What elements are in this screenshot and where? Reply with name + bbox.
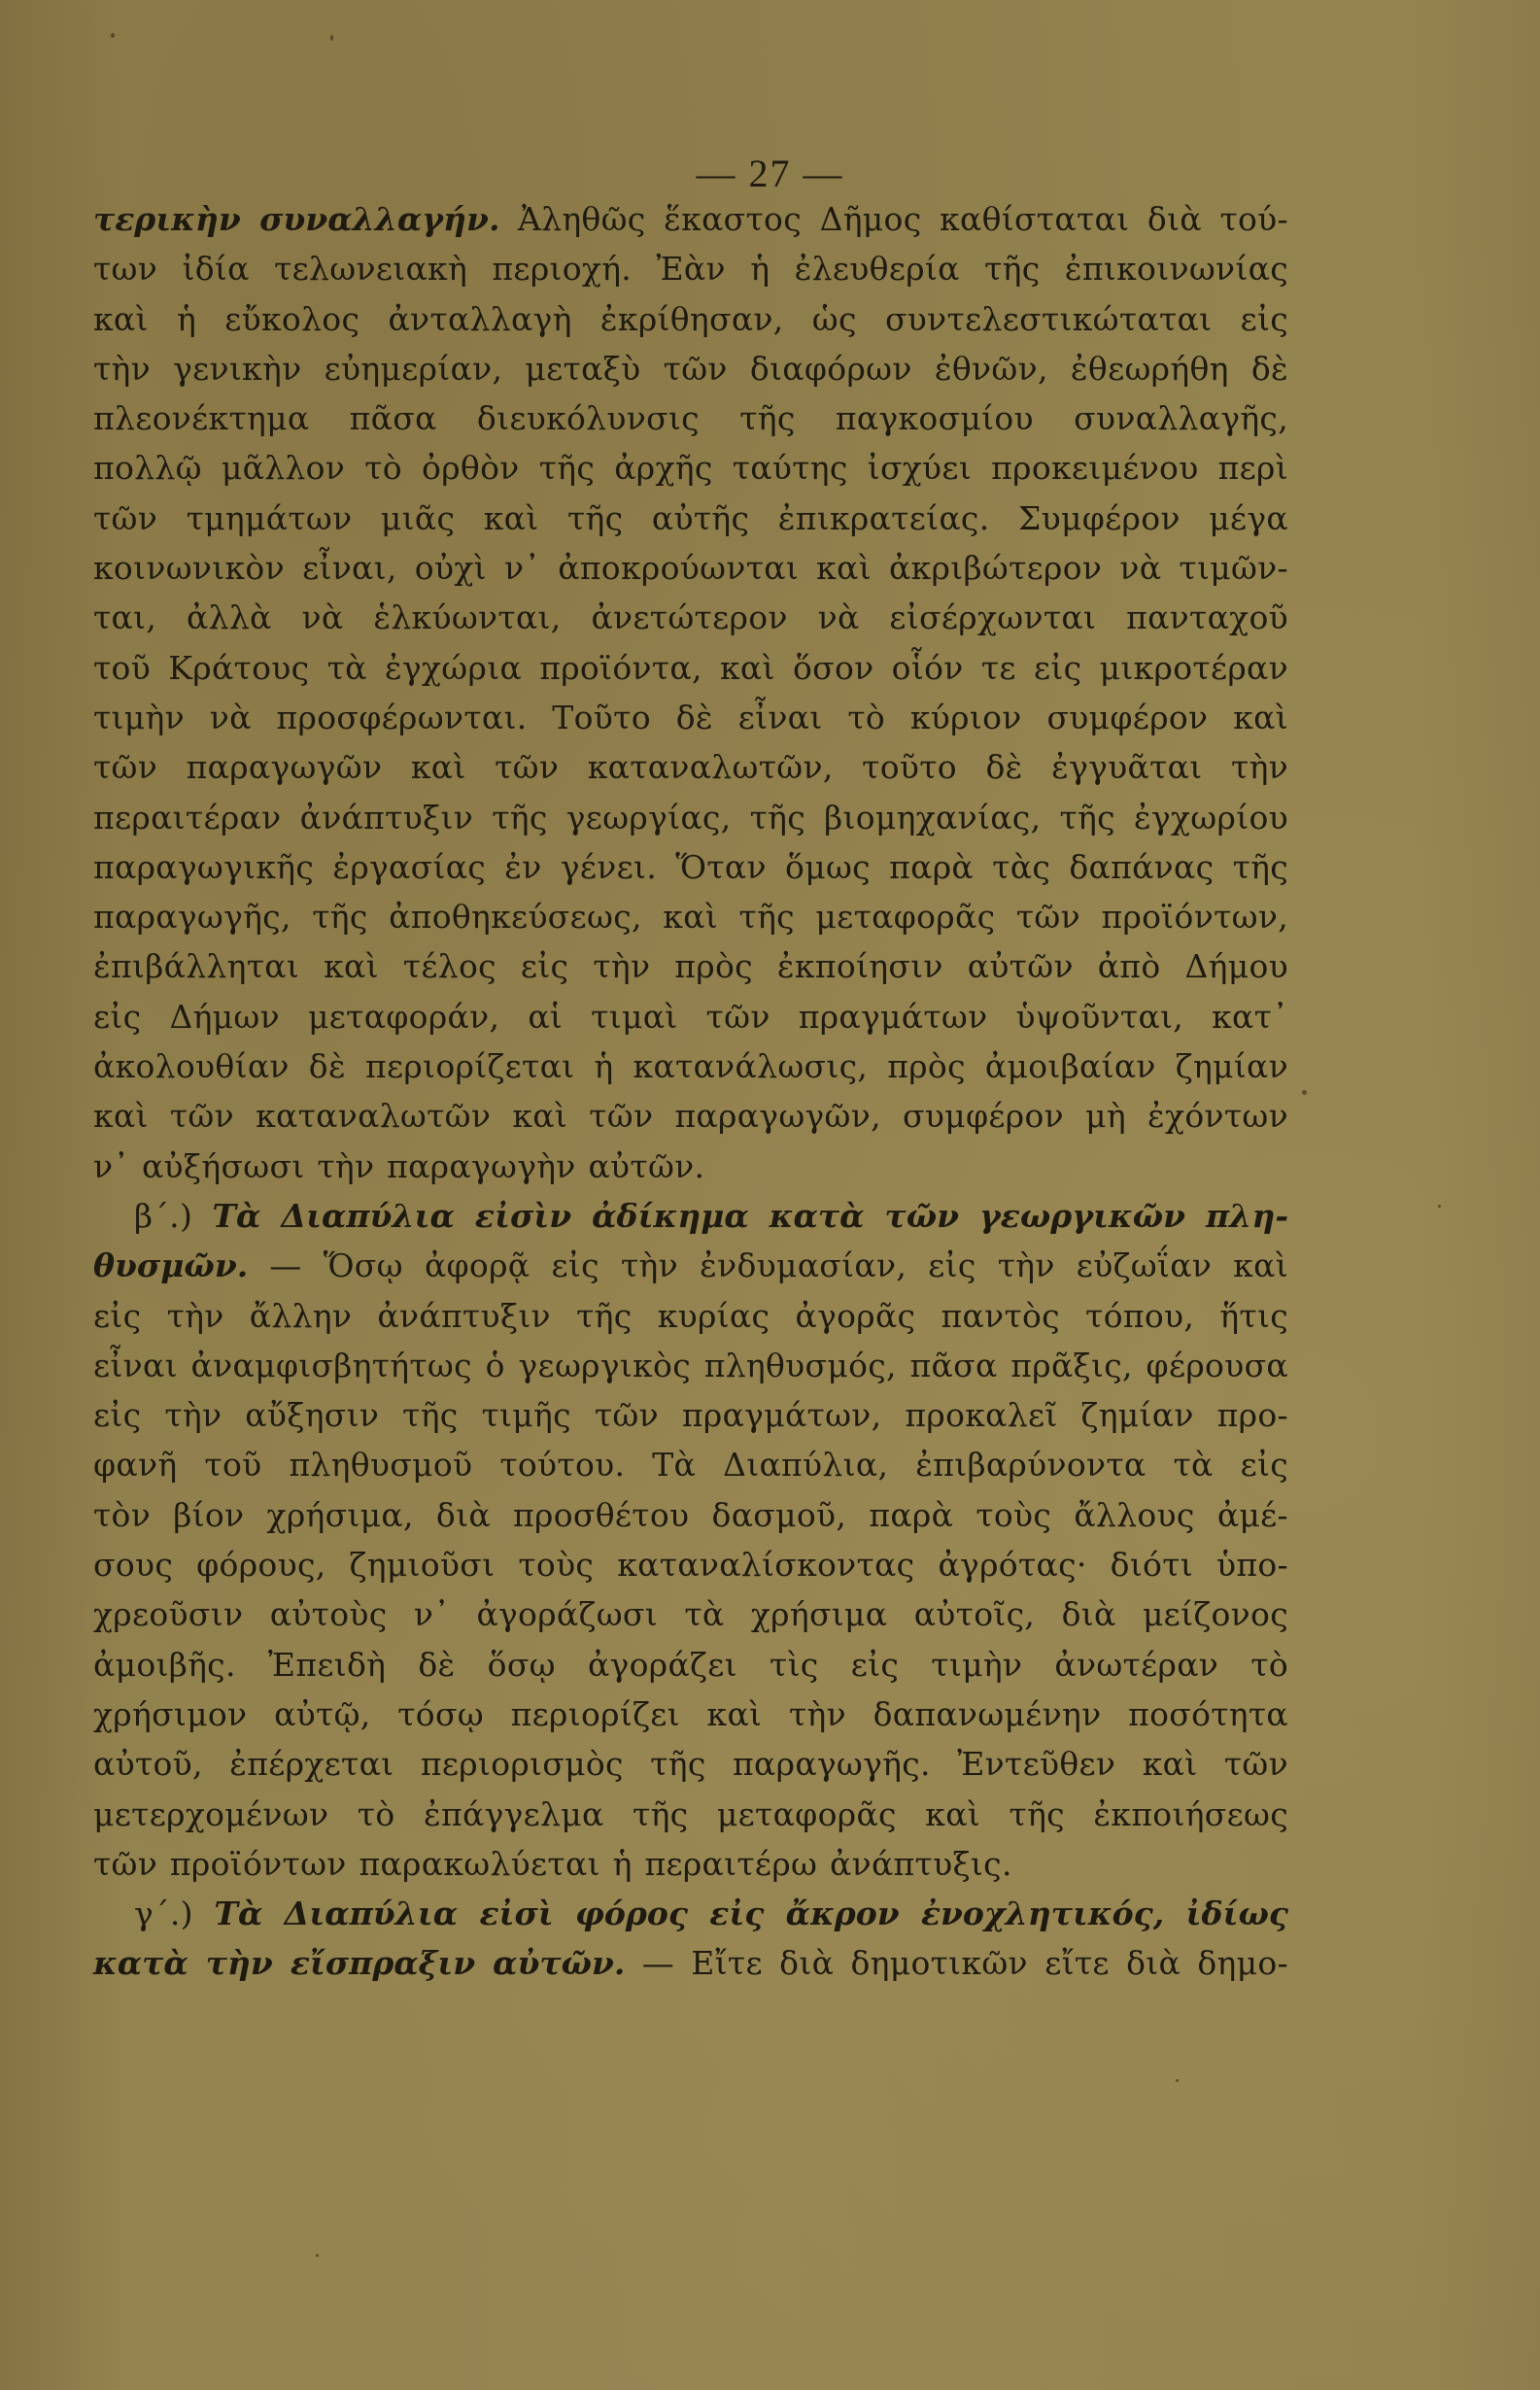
text-run: παραγωγικῆς ἐργασίας ἐν γένει. Ὅταν ὅμως… (93, 848, 1288, 886)
text-line: τῶν τμημάτων μιᾶς καὶ τῆς αὐτῆς ἐπικρατε… (93, 494, 1288, 543)
text-run: — Ὅσῳ ἀφορᾷ εἰς τὴν ἐνδυμασίαν, εἰς τὴν … (248, 1246, 1288, 1284)
text-run: κοινωνικὸν εἶναι, οὐχὶ ν᾿ ἀποκρούωνται κ… (93, 549, 1288, 587)
text-line: πλεονέκτημα πᾶσα διευκόλυνσις τῆς παγκοσ… (93, 393, 1288, 443)
text-line: παραγωγῆς, τῆς ἀποθηκεύσεως, καὶ τῆς μετ… (93, 892, 1288, 941)
text-run: τὴν γενικὴν εὐημερίαν, μεταξὺ τῶν διαφόρ… (93, 350, 1288, 388)
text-line: τῶν παραγωγῶν καὶ τῶν καταναλωτῶν, τοῦτο… (93, 742, 1288, 792)
emphasized-text: κατὰ τὴν εἴσπραξιν αὐτῶν. (93, 1944, 625, 1982)
body-text: τερικὴν συναλλαγήν. Ἀληθῶς ἕκαστος Δῆμος… (93, 194, 1288, 1989)
emphasized-text: τερικὴν συναλλαγήν. (93, 200, 499, 238)
emphasized-text: Τὰ Διαπύλια εἰσὶ φόρος εἰς ἄκρον ἐνοχλητ… (214, 1895, 1288, 1932)
text-run: ἀκολουθίαν δὲ περιορίζεται ἡ κατανάλωσις… (93, 1047, 1288, 1085)
text-run: — Εἴτε διὰ δημοτικῶν εἴτε διὰ δημο- (625, 1944, 1288, 1982)
text-line: χρεοῦσιν αὐτοὺς ν᾿ ἀγοράζωσι τὰ χρήσιμα … (93, 1589, 1288, 1639)
text-line: αὐτοῦ, ἐπέρχεται περιορισμὸς τῆς παραγωγ… (93, 1739, 1288, 1789)
text-run: πολλῷ μᾶλλον τὸ ὀρθὸν τῆς ἀρχῆς ταύτης ἰ… (93, 449, 1288, 487)
text-run: τὸν βίον χρήσιμα, διὰ προσθέτου δασμοῦ, … (93, 1496, 1288, 1534)
text-run: τιμὴν νὰ προσφέρωνται. Τοῦτο δὲ εἶναι τὸ… (93, 699, 1288, 736)
text-line: ν᾿ αὐξήσωσι τὴν παραγωγὴν αὐτῶν. (93, 1142, 1288, 1191)
text-line: τὸν βίον χρήσιμα, διὰ προσθέτου δασμοῦ, … (93, 1490, 1288, 1540)
text-run: καὶ τῶν καταναλωτῶν καὶ τῶν παραγωγῶν, σ… (93, 1097, 1288, 1135)
text-line: ται, ἀλλὰ νὰ ἑλκύωνται, ἀνετώτερον νὰ εἰ… (93, 593, 1288, 642)
text-run: φανῆ τοῦ πληθυσμοῦ τούτου. Τὰ Διαπύλια, … (93, 1446, 1288, 1484)
text-run: παραγωγῆς, τῆς ἀποθηκεύσεως, καὶ τῆς μετ… (93, 898, 1288, 936)
text-line: κοινωνικὸν εἶναι, οὐχὶ ν᾿ ἀποκρούωνται κ… (93, 543, 1288, 593)
text-line: ἐπιβάλληται καὶ τέλος εἰς τὴν πρὸς ἐκποί… (93, 941, 1288, 991)
book-page: — 27 — τερικὴν συναλλαγήν. Ἀληθῶς ἕκαστο… (0, 0, 1540, 2390)
text-line: εἰς τὴν ἄλλην ἀνάπτυξιν τῆς κυρίας ἀγορᾶ… (93, 1291, 1288, 1341)
text-line: φανῆ τοῦ πληθυσμοῦ τούτου. Τὰ Διαπύλια, … (93, 1440, 1288, 1489)
paper-speck (1438, 1205, 1441, 1208)
text-run: τῶν τμημάτων μιᾶς καὶ τῆς αὐτῆς ἐπικρατε… (93, 499, 1288, 537)
page-number: — 27 — (0, 151, 1540, 196)
text-run: τῶν προϊόντων παρακωλύεται ἡ περαιτέρω ἀ… (93, 1845, 1012, 1883)
text-run: των ἰδία τελωνειακὴ περιοχή. Ἐὰν ἡ ἐλευθ… (93, 250, 1288, 288)
text-line: τιμὴν νὰ προσφέρωνται. Τοῦτο δὲ εἶναι τὸ… (93, 693, 1288, 742)
text-run: ν᾿ αὐξήσωσι τὴν παραγωγὴν αὐτῶν. (93, 1147, 704, 1185)
text-run: χρήσιμον αὐτῷ, τόσῳ περιορίζει καὶ τὴν δ… (93, 1695, 1288, 1733)
text-line: τοῦ Κράτους τὰ ἐγχώρια προϊόντα, καὶ ὅσο… (93, 643, 1288, 693)
paper-speck (316, 2254, 319, 2257)
text-run: εἶναι ἀναμφισβητήτως ὁ γεωργικὸς πληθυσμ… (93, 1347, 1288, 1384)
text-run: τῶν παραγωγῶν καὶ τῶν καταναλωτῶν, τοῦτο… (93, 748, 1288, 786)
text-line: θυσμῶν. — Ὅσῳ ἀφορᾷ εἰς τὴν ἐνδυμασίαν, … (93, 1241, 1288, 1290)
text-line: καὶ ἡ εὔκολος ἀνταλλαγὴ ἐκρίθησαν, ὡς συ… (93, 294, 1288, 344)
text-line: τερικὴν συναλλαγήν. Ἀληθῶς ἕκαστος Δῆμος… (93, 194, 1288, 244)
emphasized-text: Τὰ Διαπύλια εἰσὶν ἀδίκημα κατὰ τῶν γεωργ… (212, 1197, 1288, 1235)
text-line: μετερχομένων τὸ ἐπάγγελμα τῆς μεταφορᾶς … (93, 1790, 1288, 1839)
emphasized-text: θυσμῶν. (93, 1246, 248, 1284)
text-run: περαιτέραν ἀνάπτυξιν τῆς γεωργίας, τῆς β… (93, 799, 1288, 836)
text-line: περαιτέραν ἀνάπτυξιν τῆς γεωργίας, τῆς β… (93, 793, 1288, 842)
text-line: πολλῷ μᾶλλον τὸ ὀρθὸν τῆς ἀρχῆς ταύτης ἰ… (93, 443, 1288, 493)
paper-speck (330, 35, 333, 41)
paper-speck (111, 33, 115, 38)
text-line: ἀμοιβῆς. Ἐπειδὴ δὲ ὅσῳ ἀγοράζει τὶς εἰς … (93, 1640, 1288, 1690)
paper-speck (1302, 1090, 1307, 1095)
text-run: ἐπιβάλληται καὶ τέλος εἰς τὴν πρὸς ἐκποί… (93, 947, 1288, 985)
text-run: πλεονέκτημα πᾶσα διευκόλυνσις τῆς παγκοσ… (93, 399, 1288, 437)
text-line: εἰς τὴν αὔξησιν τῆς τιμῆς τῶν πραγμάτων,… (93, 1390, 1288, 1440)
text-run: ἀμοιβῆς. Ἐπειδὴ δὲ ὅσῳ ἀγοράζει τὶς εἰς … (93, 1646, 1288, 1684)
text-run: τοῦ Κράτους τὰ ἐγχώρια προϊόντα, καὶ ὅσο… (93, 649, 1288, 687)
text-line: χρήσιμον αὐτῷ, τόσῳ περιορίζει καὶ τὴν δ… (93, 1690, 1288, 1739)
text-run: εἰς Δήμων μεταφοράν, αἱ τιμαὶ τῶν πραγμά… (93, 998, 1288, 1036)
text-run: σους φόρους, ζημιοῦσι τοὺς καταναλίσκοντ… (93, 1546, 1288, 1584)
text-run: Ἀληθῶς ἕκαστος Δῆμος καθίσταται διὰ τού- (499, 200, 1288, 238)
text-line: τῶν προϊόντων παρακωλύεται ἡ περαιτέρω ἀ… (93, 1839, 1288, 1889)
text-run: β΄.) (134, 1197, 212, 1235)
text-line: ἀκολουθίαν δὲ περιορίζεται ἡ κατανάλωσις… (93, 1041, 1288, 1091)
text-run: ται, ἀλλὰ νὰ ἑλκύωνται, ἀνετώτερον νὰ εἰ… (93, 598, 1288, 636)
text-run: μετερχομένων τὸ ἐπάγγελμα τῆς μεταφορᾶς … (93, 1795, 1288, 1833)
text-line: γ΄.) Τὰ Διαπύλια εἰσὶ φόρος εἰς ἄκρον ἐν… (93, 1889, 1288, 1938)
text-line: των ἰδία τελωνειακὴ περιοχή. Ἐὰν ἡ ἐλευθ… (93, 244, 1288, 293)
text-run: αὐτοῦ, ἐπέρχεται περιορισμὸς τῆς παραγωγ… (93, 1745, 1288, 1783)
text-line: εἶναι ἀναμφισβητήτως ὁ γεωργικὸς πληθυσμ… (93, 1341, 1288, 1390)
text-run: εἰς τὴν ἄλλην ἀνάπτυξιν τῆς κυρίας ἀγορᾶ… (93, 1297, 1288, 1335)
text-line: κατὰ τὴν εἴσπραξιν αὐτῶν. — Εἴτε διὰ δημ… (93, 1938, 1288, 1988)
text-line: καὶ τῶν καταναλωτῶν καὶ τῶν παραγωγῶν, σ… (93, 1091, 1288, 1141)
paper-speck (1176, 2079, 1179, 2082)
text-run: χρεοῦσιν αὐτοὺς ν᾿ ἀγοράζωσι τὰ χρήσιμα … (93, 1595, 1288, 1633)
text-line: τὴν γενικὴν εὐημερίαν, μεταξὺ τῶν διαφόρ… (93, 344, 1288, 393)
text-run: εἰς τὴν αὔξησιν τῆς τιμῆς τῶν πραγμάτων,… (93, 1396, 1288, 1434)
text-line: β΄.) Τὰ Διαπύλια εἰσὶν ἀδίκημα κατὰ τῶν … (93, 1191, 1288, 1241)
text-line: εἰς Δήμων μεταφοράν, αἱ τιμαὶ τῶν πραγμά… (93, 992, 1288, 1041)
text-run: γ΄.) (134, 1895, 214, 1932)
text-line: σους φόρους, ζημιοῦσι τοὺς καταναλίσκοντ… (93, 1540, 1288, 1589)
text-run: καὶ ἡ εὔκολος ἀνταλλαγὴ ἐκρίθησαν, ὡς συ… (93, 300, 1288, 338)
text-line: παραγωγικῆς ἐργασίας ἐν γένει. Ὅταν ὅμως… (93, 842, 1288, 892)
